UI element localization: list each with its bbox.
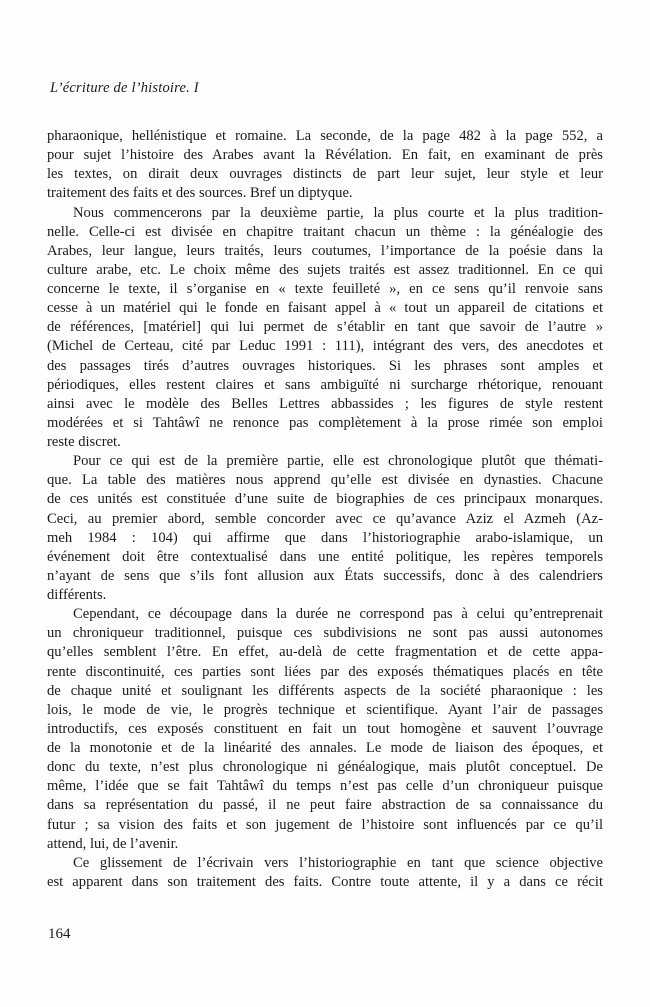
text-line: concerne le texte, il s’organise en « te… — [47, 280, 603, 299]
text-line: Nous commencerons par la deuxième partie… — [47, 204, 603, 223]
text-line: Ceci, au premier abord, semble concorder… — [47, 510, 603, 529]
text-line: ainsi avec le modèle des Belles Lettres … — [47, 395, 603, 414]
text-line: dans sa représentation du passé, il ne p… — [47, 796, 603, 815]
text-line: traitement des faits et des sources. Bre… — [47, 184, 603, 203]
body-text: pharaonique, hellénistique et romaine. L… — [47, 127, 603, 892]
text-line: Arabes, leur langue, leurs traités, leur… — [47, 242, 603, 261]
text-line: de références, [matériel] qui lui permet… — [47, 318, 603, 337]
paragraph: Pour ce qui est de la première partie, e… — [47, 452, 603, 605]
text-line: différents. — [47, 586, 603, 605]
paragraph: Cependant, ce découpage dans la durée ne… — [47, 605, 603, 854]
text-line: même, l’idée que se fait Tahtâwî du temp… — [47, 777, 603, 796]
text-line: futur ; sa vision des faits et son jugem… — [47, 816, 603, 835]
text-line: un chroniqueur traditionnel, puisque ces… — [47, 624, 603, 643]
text-line: événement doit être contextualisé dans u… — [47, 548, 603, 567]
text-line: Cependant, ce découpage dans la durée ne… — [47, 605, 603, 624]
text-line: de chaque unité et soulignant les différ… — [47, 682, 603, 701]
text-line: pour sujet l’histoire des Arabes avant l… — [47, 146, 603, 165]
text-line: nelle. Celle-ci est divisée en chapitre … — [47, 223, 603, 242]
text-line: est apparent dans son traitement des fai… — [47, 873, 603, 892]
text-line: rente discontinuité, ces parties sont li… — [47, 663, 603, 682]
text-line: lois, le mode de vie, le progrès techniq… — [47, 701, 603, 720]
text-line: n’ayant de sens que s’ils font allusion … — [47, 567, 603, 586]
document-page: L’écriture de l’histoire. I pharaonique,… — [0, 0, 650, 1007]
text-line: (Michel de Certeau, cité par Leduc 1991 … — [47, 337, 603, 356]
text-line: meh 1984 : 104) qui affirme que dans l’h… — [47, 529, 603, 548]
text-line: culture arabe, etc. Le choix même des su… — [47, 261, 603, 280]
text-line: des passages tirés d’autres ouvrages his… — [47, 357, 603, 376]
text-line: de ces unités est constituée d’une suite… — [47, 490, 603, 509]
paragraph: Ce glissement de l’écrivain vers l’histo… — [47, 854, 603, 892]
running-header: L’écriture de l’histoire. I — [50, 80, 199, 97]
text-line: pharaonique, hellénistique et romaine. L… — [47, 127, 603, 146]
text-line: périodiques, elles restent claires et sa… — [47, 376, 603, 395]
text-line: attend, lui, de l’avenir. — [47, 835, 603, 854]
text-line: reste discret. — [47, 433, 603, 452]
text-line: introductifs, ces exposés constituent en… — [47, 720, 603, 739]
text-line: donc du texte, n’est plus chronologique … — [47, 758, 603, 777]
paragraph: Nous commencerons par la deuxième partie… — [47, 204, 603, 453]
text-line: qu’elles semblent l’être. En effet, au-d… — [47, 643, 603, 662]
paragraph: pharaonique, hellénistique et romaine. L… — [47, 127, 603, 204]
text-line: que. La table des matières nous apprend … — [47, 471, 603, 490]
page-number: 164 — [48, 926, 71, 943]
text-line: Ce glissement de l’écrivain vers l’histo… — [47, 854, 603, 873]
text-line: Pour ce qui est de la première partie, e… — [47, 452, 603, 471]
text-line: de la monotonie et de la linéarité des a… — [47, 739, 603, 758]
text-line: cesse à un matériel qui le fonde en fais… — [47, 299, 603, 318]
text-line: modérées et si Tahtâwî ne renonce pas co… — [47, 414, 603, 433]
text-line: les textes, on dirait deux ouvrages dist… — [47, 165, 603, 184]
